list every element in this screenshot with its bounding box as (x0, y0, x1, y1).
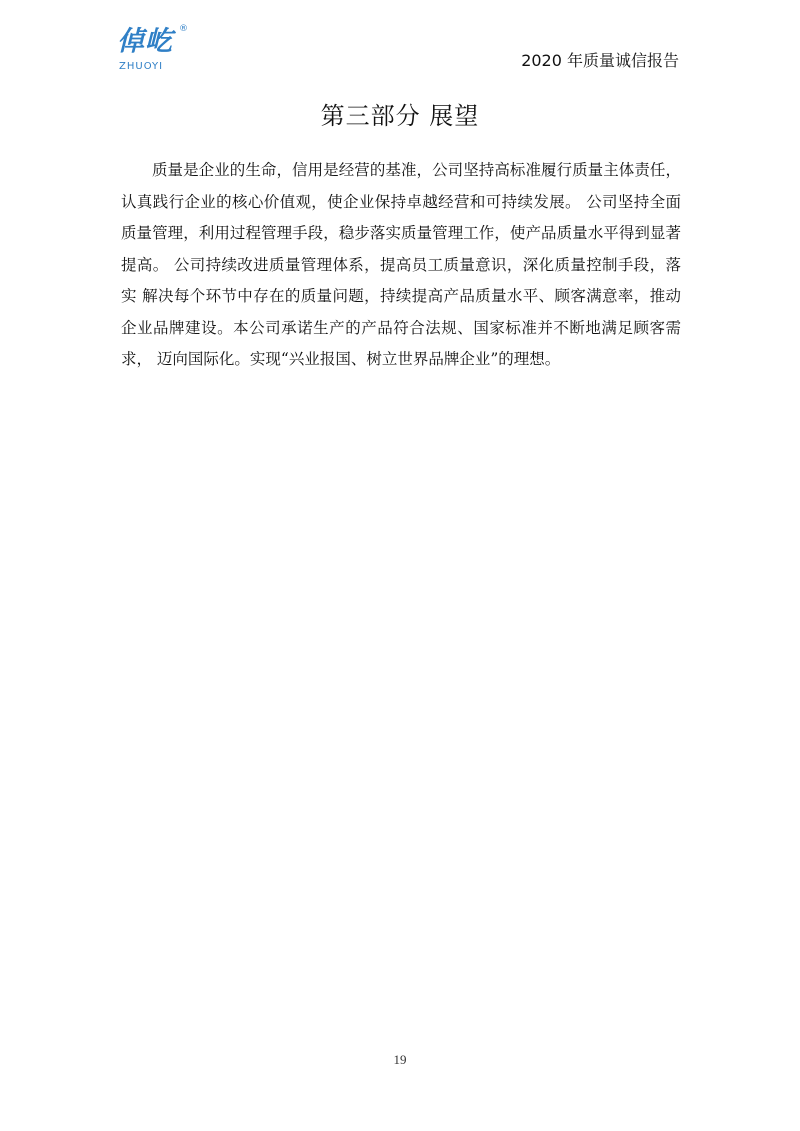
logo-chinese-text: 倬屹 (117, 26, 173, 58)
body-paragraph: 质量是企业的生命，信用是经营的基准，公司坚持高标准履行质量主体责任， 认真践行企… (121, 155, 681, 376)
page-header: 倬屹 ® ZHUOYI 2020 年质量诚信报告 (0, 0, 800, 90)
logo-english-text: ZHUOYI (119, 61, 163, 72)
report-title: 2020 年质量诚信报告 (521, 48, 679, 71)
page-number: 19 (0, 1052, 800, 1068)
company-logo: 倬屹 ® ZHUOYI (113, 26, 193, 78)
registered-trademark-icon: ® (179, 24, 188, 34)
section-title: 第三部分 展望 (0, 96, 800, 131)
